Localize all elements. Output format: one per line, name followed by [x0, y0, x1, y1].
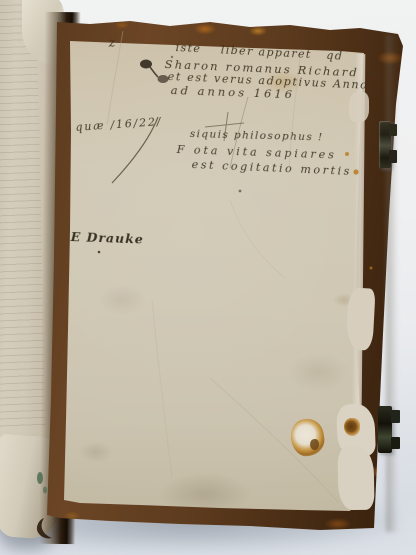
owner-signature: E Drauke	[70, 229, 144, 247]
clasp-catch-upper	[379, 121, 391, 168]
torn-paper-patch	[345, 287, 375, 350]
torn-paper-patch	[349, 92, 369, 122]
book-photograph: z iste liber apparet qd Sharon romanus R…	[0, 0, 416, 555]
corner-mark-inscription: z	[108, 35, 117, 51]
burn-hole-small	[344, 418, 360, 436]
board-edge-shadow	[386, 34, 398, 532]
clasp-catch-lower	[378, 406, 392, 453]
torn-paper-patch	[337, 446, 374, 511]
